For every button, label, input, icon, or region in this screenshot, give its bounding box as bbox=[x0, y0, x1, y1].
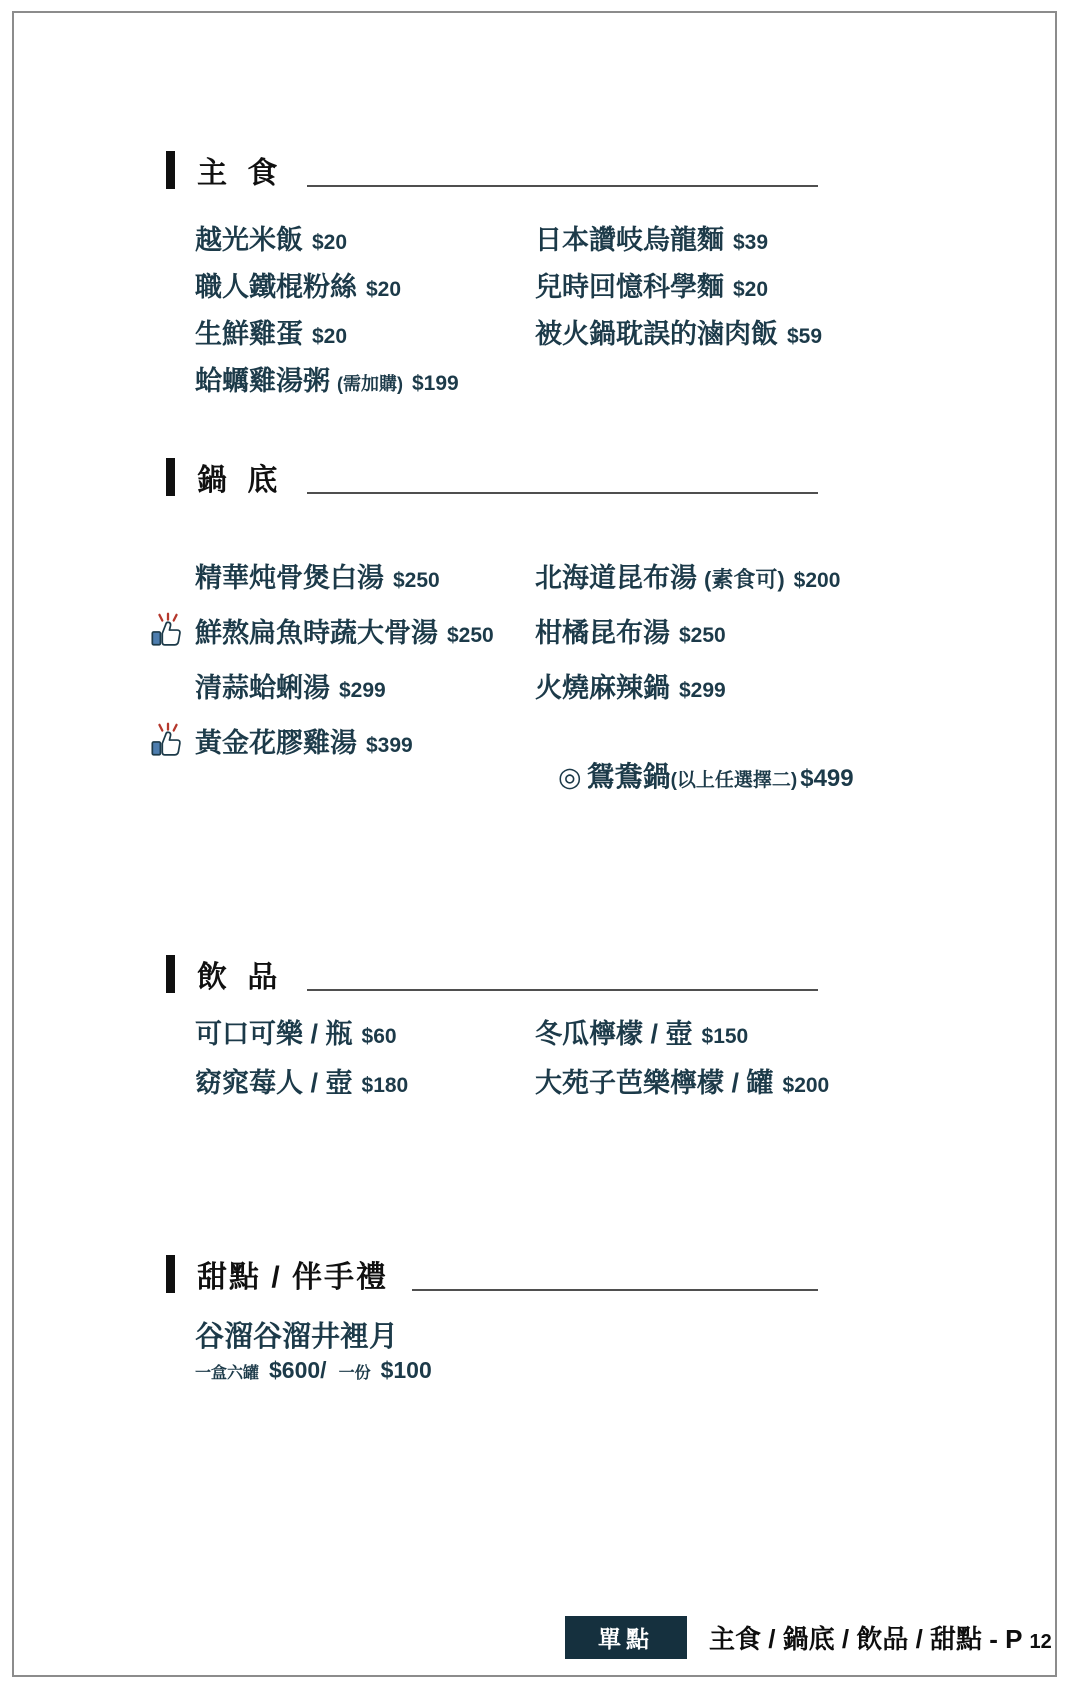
section-desserts-header: 甜點 / 伴手禮 bbox=[166, 1252, 818, 1296]
item-name: 鮮熬扁魚時蔬大骨湯 bbox=[195, 615, 438, 651]
item-name: 精華炖骨煲白湯 bbox=[195, 560, 384, 596]
breadcrumb-text: 主食 / 鍋底 / 飲品 / 甜點 - P bbox=[709, 1619, 1022, 1656]
item-note: (以上任選擇二) bbox=[671, 765, 798, 792]
drinks-right-column: 冬瓜檸檬 / 壺 $150 大苑子芭樂檸檬 / 罐 $200 bbox=[535, 1016, 829, 1114]
section-title: 鍋 底 bbox=[197, 455, 283, 499]
item-price: $299 bbox=[679, 673, 726, 709]
mains-right-column: 日本讚岐烏龍麵 $39 兒時回憶科學麵 $20 被火鍋耽誤的滷肉飯 $59 bbox=[535, 222, 822, 363]
section-accent-bar bbox=[166, 458, 175, 496]
item-price: $20 bbox=[312, 225, 347, 261]
menu-item: 柑橘昆布湯 $250 bbox=[535, 615, 840, 654]
section-rule bbox=[307, 185, 818, 187]
footer-page-number: 12 bbox=[1029, 1631, 1051, 1654]
menu-item: 日本讚岐烏龍麵 $39 bbox=[535, 222, 822, 261]
menu-item: 大苑子芭樂檸檬 / 罐 $200 bbox=[535, 1065, 829, 1104]
item-price: $250 bbox=[393, 563, 440, 599]
bullseye-icon: ◎ bbox=[558, 762, 582, 793]
item-note: (需加購) bbox=[337, 366, 403, 402]
footer-category-badge: 單點 bbox=[565, 1616, 687, 1659]
item-name: 柑橘昆布湯 bbox=[535, 615, 670, 651]
item-name: 北海道昆布湯 bbox=[535, 560, 697, 596]
unit-label: 一盒六罐 bbox=[195, 1360, 259, 1383]
section-rule bbox=[412, 1289, 818, 1291]
item-name: 清蒜蛤蜊湯 bbox=[195, 670, 330, 706]
item-price: $59 bbox=[787, 319, 822, 355]
section-drinks-header: 飲 品 bbox=[166, 952, 818, 996]
menu-item: 火燒麻辣鍋 $299 bbox=[535, 670, 840, 709]
item-price: $499 bbox=[800, 765, 853, 793]
item-name: 被火鍋耽誤的滷肉飯 bbox=[535, 316, 778, 352]
unit-label: 一份 bbox=[339, 1360, 371, 1383]
section-accent-bar bbox=[166, 1255, 175, 1293]
menu-item: 冬瓜檸檬 / 壺 $150 bbox=[535, 1016, 829, 1055]
section-accent-bar bbox=[166, 955, 175, 993]
section-soup-bases-header: 鍋 底 bbox=[166, 455, 818, 499]
menu-item: 兒時回憶科學麵 $20 bbox=[535, 269, 822, 308]
item-price: $250 bbox=[679, 618, 726, 654]
item-pricing: 一盒六罐 $600/ 一份 $100 bbox=[195, 1357, 432, 1384]
menu-item: 窈窕莓人 / 壺 $180 bbox=[195, 1065, 408, 1104]
item-name: 火燒麻辣鍋 bbox=[535, 670, 670, 706]
section-rule bbox=[307, 492, 818, 494]
item-name: 鴛鴦鍋 bbox=[587, 755, 671, 795]
combo-pot-item: ◎ 鴛鴦鍋 (以上任選擇二) $499 bbox=[558, 755, 854, 795]
menu-item: 清蒜蛤蜊湯 $299 bbox=[195, 670, 494, 709]
thumbs-up-icon bbox=[149, 612, 187, 650]
page-footer: 單點 主食 / 鍋底 / 飲品 / 甜點 - P 12 bbox=[565, 1616, 1052, 1659]
item-price: $199 bbox=[412, 366, 459, 402]
item-name: 蛤蠣雞湯粥 bbox=[195, 363, 330, 399]
item-name: 生鮮雞蛋 bbox=[195, 316, 303, 352]
item-name: 日本讚岐烏龍麵 bbox=[535, 222, 724, 258]
thumbs-up-icon bbox=[149, 722, 187, 760]
item-note: (素食可) bbox=[704, 562, 785, 598]
section-title: 飲 品 bbox=[197, 952, 283, 996]
soup-left-column: 精華炖骨煲白湯 $250 鮮熬扁魚時蔬大骨湯 $2 bbox=[195, 560, 494, 780]
item-price: $20 bbox=[312, 319, 347, 355]
item-name: 谷溜谷溜井裡月 bbox=[195, 1320, 432, 1354]
footer-breadcrumb: 主食 / 鍋底 / 飲品 / 甜點 - P 12 bbox=[709, 1619, 1052, 1656]
soup-right-column: 北海道昆布湯 (素食可) $200 柑橘昆布湯 $250 火燒麻辣鍋 $299 bbox=[535, 560, 840, 725]
item-name: 窈窕莓人 / 壺 bbox=[195, 1065, 353, 1101]
section-title: 甜點 / 伴手禮 bbox=[197, 1252, 388, 1296]
menu-item: 北海道昆布湯 (素食可) $200 bbox=[535, 560, 840, 599]
menu-item: 被火鍋耽誤的滷肉飯 $59 bbox=[535, 316, 822, 355]
item-price: $399 bbox=[366, 728, 413, 764]
menu-item: 職人鐵棍粉絲 $20 bbox=[195, 269, 459, 308]
menu-item: 越光米飯 $20 bbox=[195, 222, 459, 261]
mains-left-column: 越光米飯 $20 職人鐵棍粉絲 $20 生鮮雞蛋 $20 蛤蠣雞湯粥 (需加購)… bbox=[195, 222, 459, 410]
item-price: $200 bbox=[783, 1068, 830, 1104]
item-price: $20 bbox=[733, 272, 768, 308]
menu-item: 可口可樂 / 瓶 $60 bbox=[195, 1016, 408, 1055]
drinks-left-column: 可口可樂 / 瓶 $60 窈窕莓人 / 壺 $180 bbox=[195, 1016, 408, 1114]
item-name: 大苑子芭樂檸檬 / 罐 bbox=[535, 1065, 774, 1101]
item-price: $600/ bbox=[269, 1357, 327, 1384]
menu-item: 鮮熬扁魚時蔬大骨湯 $250 bbox=[195, 615, 494, 654]
menu-page: 主 食 越光米飯 $20 職人鐵棍粉絲 $20 生鮮雞蛋 $20 蛤蠣雞湯粥 (… bbox=[0, 0, 1069, 1689]
menu-item: 精華炖骨煲白湯 $250 bbox=[195, 560, 494, 599]
item-price: $200 bbox=[794, 563, 841, 599]
item-price: $20 bbox=[366, 272, 401, 308]
item-name: 職人鐵棍粉絲 bbox=[195, 269, 357, 305]
menu-item: 谷溜谷溜井裡月 一盒六罐 $600/ 一份 $100 bbox=[195, 1320, 432, 1384]
item-price: $100 bbox=[381, 1357, 432, 1384]
item-price: $299 bbox=[339, 673, 386, 709]
item-price: $39 bbox=[733, 225, 768, 261]
section-accent-bar bbox=[166, 151, 175, 189]
menu-item: 生鮮雞蛋 $20 bbox=[195, 316, 459, 355]
item-price: $180 bbox=[362, 1068, 409, 1104]
item-name: 越光米飯 bbox=[195, 222, 303, 258]
item-name: 黃金花膠雞湯 bbox=[195, 725, 357, 761]
item-name: 冬瓜檸檬 / 壺 bbox=[535, 1016, 693, 1052]
menu-item: 黃金花膠雞湯 $399 bbox=[195, 725, 494, 764]
item-name: 兒時回憶科學麵 bbox=[535, 269, 724, 305]
item-price: $60 bbox=[362, 1019, 397, 1055]
section-mains-header: 主 食 bbox=[166, 148, 818, 192]
item-name: 可口可樂 / 瓶 bbox=[195, 1016, 353, 1052]
section-rule bbox=[307, 989, 818, 991]
item-price: $150 bbox=[702, 1019, 749, 1055]
section-title: 主 食 bbox=[197, 148, 283, 192]
menu-item: 蛤蠣雞湯粥 (需加購) $199 bbox=[195, 363, 459, 402]
item-price: $250 bbox=[447, 618, 494, 654]
